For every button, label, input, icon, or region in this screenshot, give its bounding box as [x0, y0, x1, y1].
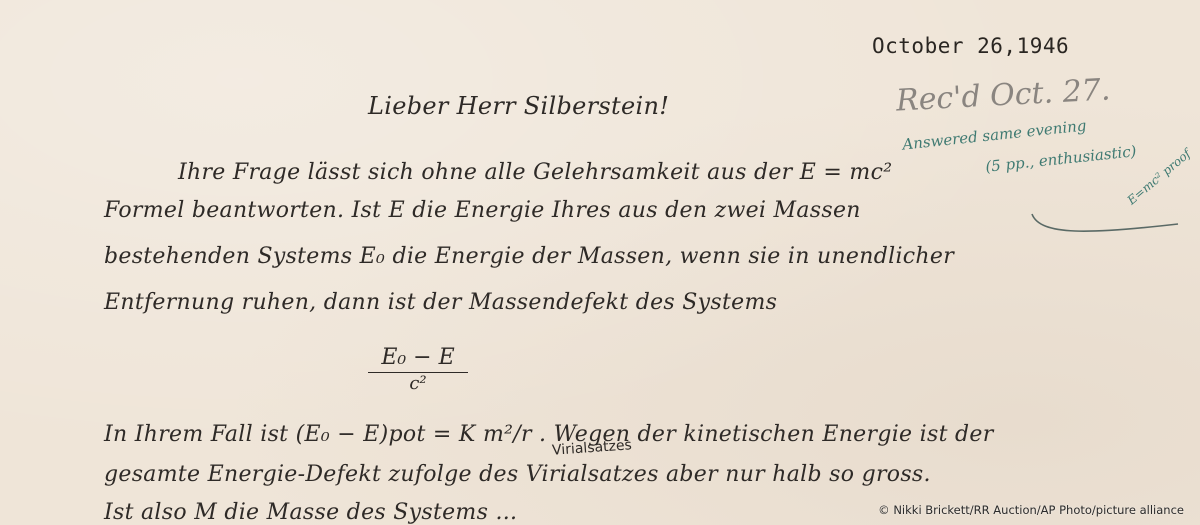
- photo-credit: © Nikki Brickett/RR Auction/AP Photo/pic…: [878, 503, 1184, 517]
- body-line-5: In Ihrem Fall ist (E₀ − E)pot = K m²/r .…: [104, 422, 994, 447]
- salutation: Lieber Herr Silberstein!: [368, 92, 669, 120]
- body-line-6: gesamte Energie-Defekt zufolge des Viria…: [104, 462, 931, 487]
- formula-denominator: c²: [368, 373, 468, 394]
- body-line-3: bestehenden Systems E₀ die Energie der M…: [104, 244, 954, 269]
- body-line-1: Ihre Frage lässt sich ohne alle Gelehrsa…: [178, 160, 892, 185]
- reply-annotation-line2: (5 pp., enthusiastic): [984, 142, 1137, 176]
- reply-annotation-line1: Answered same evening: [902, 116, 1088, 153]
- mass-defect-formula: E₀ − E c²: [368, 345, 468, 394]
- body-line-4: Entfernung ruhen, dann ist der Massendef…: [104, 290, 777, 315]
- annotation-arrow-icon: [1030, 210, 1180, 240]
- formula-numerator: E₀ − E: [368, 345, 468, 373]
- body-line-2: Formel beantworten. Ist E die Energie Ih…: [104, 198, 861, 223]
- typed-date: October 26,1946: [872, 34, 1069, 58]
- body-line-7: Ist also M die Masse des Systems ...: [104, 500, 517, 525]
- received-annotation: Rec'd Oct. 27.: [895, 72, 1111, 118]
- letter-paper: October 26,1946 Rec'd Oct. 27. Answered …: [0, 0, 1200, 525]
